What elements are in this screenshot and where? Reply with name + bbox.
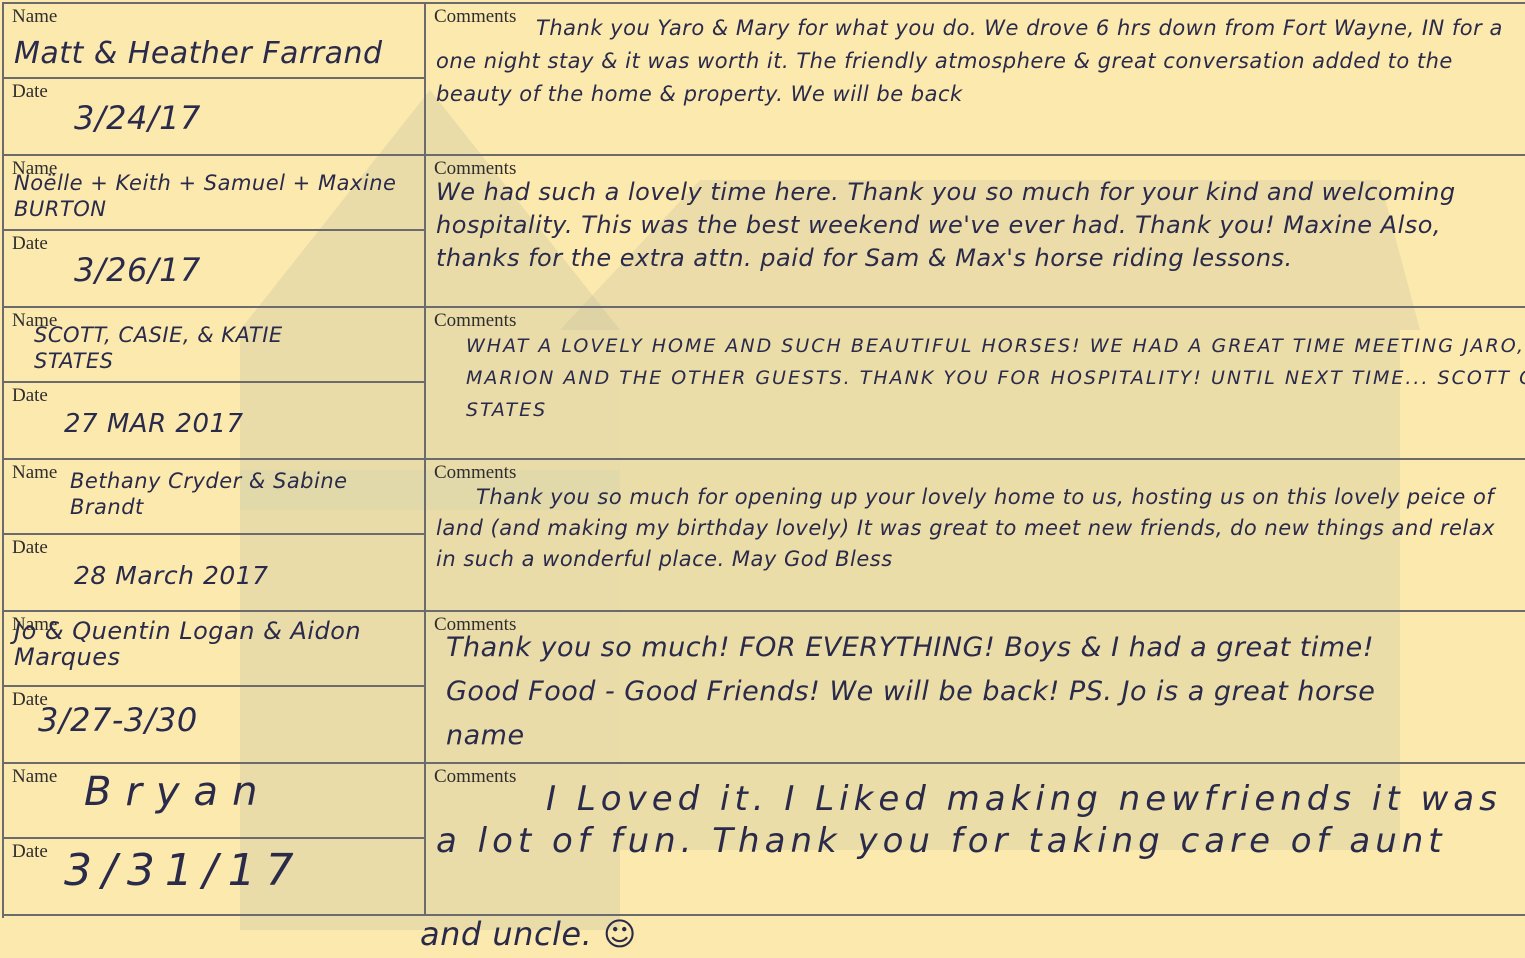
name-cell: Name Jo & Quentin Logan & Aidon Marques — [4, 612, 424, 687]
guestbook-entry: Name Noëlle + Keith + Samuel + Maxine BU… — [4, 156, 1525, 308]
comments-cell: Comments Thank you Yaro & Mary for what … — [426, 4, 1525, 154]
guest-comment: We had such a lovely time here. Thank yo… — [436, 176, 1516, 275]
guest-comment: What a lovely home and such beautiful ho… — [466, 330, 1525, 426]
guest-name: Noëlle + Keith + Samuel + Maxine BURTON — [14, 170, 419, 222]
name-cell: Name Noëlle + Keith + Samuel + Maxine BU… — [4, 156, 424, 231]
name-cell: Name Bryan — [4, 764, 424, 839]
comments-label: Comments — [434, 310, 516, 332]
name-cell: Name Scott, Casie, & Katie States — [4, 308, 424, 383]
visit-date: 28 March 2017 — [74, 561, 269, 590]
comment-overflow-text: and uncle. ☺ — [420, 915, 637, 953]
date-label: Date — [12, 841, 48, 863]
guestbook-entry: Name Jo & Quentin Logan & Aidon Marques … — [4, 612, 1525, 764]
guestbook-page: Name Matt & Heather Farrand Date 3/24/17… — [2, 2, 1525, 918]
date-cell: Date 3/31/17 — [4, 839, 424, 914]
comments-label: Comments — [434, 462, 516, 484]
date-cell: Date 28 March 2017 — [4, 535, 424, 610]
guestbook-entry: Name Scott, Casie, & Katie States Date 2… — [4, 308, 1525, 460]
guest-comment: Thank you so much! FOR EVERYTHING! Boys … — [446, 626, 1446, 758]
name-cell: Name Matt & Heather Farrand — [4, 4, 424, 79]
guest-name: Jo & Quentin Logan & Aidon Marques — [14, 618, 419, 670]
date-cell: Date 3/27-3/30 — [4, 687, 424, 762]
date-cell: Date 27 MAR 2017 — [4, 383, 424, 458]
guestbook-entry: Name Bryan Date 3/31/17 Comments I Loved… — [4, 764, 1525, 916]
date-label: Date — [12, 81, 48, 103]
name-label: Name — [12, 6, 57, 28]
guest-comment: I Loved it. I Liked making newfriends it… — [436, 778, 1516, 862]
date-cell: Date 3/26/17 — [4, 231, 424, 306]
name-cell: Name Bethany Cryder & Sabine Brandt — [4, 460, 424, 535]
name-label: Name — [12, 766, 57, 788]
name-label: Name — [12, 462, 57, 484]
date-label: Date — [12, 537, 48, 559]
visit-date: 27 MAR 2017 — [64, 409, 244, 439]
comments-cell: Comments Thank you so much! FOR EVERYTHI… — [426, 612, 1525, 762]
guest-comment: Thank you Yaro & Mary for what you do. W… — [436, 12, 1516, 111]
guestbook-entry: Name Bethany Cryder & Sabine Brandt Date… — [4, 460, 1525, 612]
visit-date: 3/26/17 — [74, 251, 201, 289]
visit-date: 3/27-3/30 — [38, 701, 198, 739]
date-label: Date — [12, 233, 48, 255]
comments-cell: Comments Thank you so much for opening u… — [426, 460, 1525, 610]
comments-cell: Comments What a lovely home and such bea… — [426, 308, 1525, 458]
comments-cell: Comments We had such a lovely time here.… — [426, 156, 1525, 306]
guest-name: Bethany Cryder & Sabine Brandt — [70, 468, 370, 520]
guestbook-entry: Name Matt & Heather Farrand Date 3/24/17… — [4, 4, 1525, 156]
guest-comment: Thank you so much for opening up your lo… — [436, 482, 1516, 575]
date-cell: Date 3/24/17 — [4, 79, 424, 154]
guest-name: Scott, Casie, & Katie States — [34, 322, 364, 374]
date-label: Date — [12, 385, 48, 407]
guest-name: Matt & Heather Farrand — [14, 40, 419, 68]
visit-date: 3/31/17 — [64, 845, 304, 896]
visit-date: 3/24/17 — [74, 99, 201, 137]
comments-cell: Comments I Loved it. I Liked making newf… — [426, 764, 1525, 914]
